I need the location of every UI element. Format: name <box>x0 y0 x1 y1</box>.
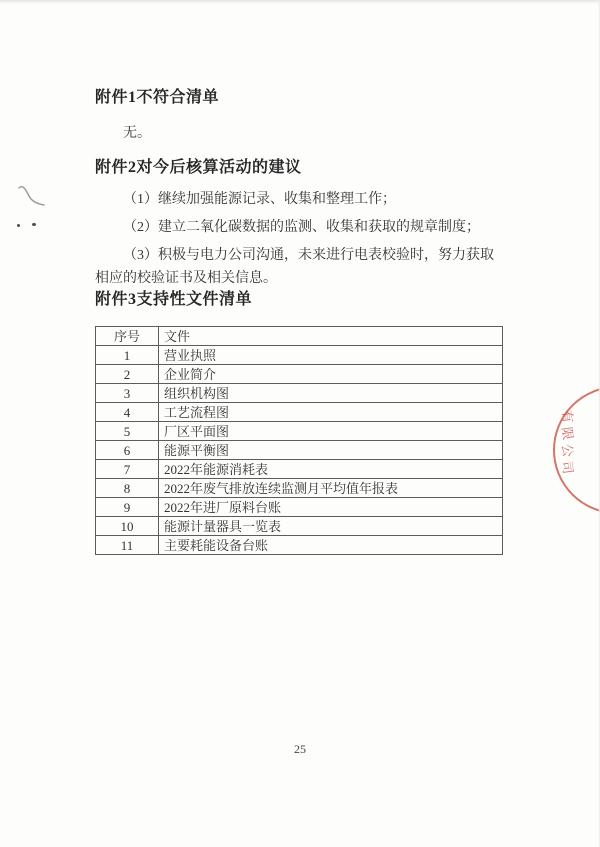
row-index-cell: 11 <box>96 536 159 555</box>
row-file-cell: 工艺流程图 <box>159 403 503 422</box>
row-file-cell: 主要耗能设备台账 <box>159 536 503 555</box>
attachment-3-heading: 附件3支持性文件清单 <box>95 290 505 310</box>
table-header-row: 序号 文件 <box>96 327 503 346</box>
attachment-2-heading: 附件2对今后核算活动的建议 <box>95 158 505 178</box>
table-row: 10能源计量器具一览表 <box>96 517 503 536</box>
column-header-index: 序号 <box>96 327 159 346</box>
document-page: 附件1不符合清单 无。 附件2对今后核算活动的建议 （1）继续加强能源记录、收集… <box>0 0 600 847</box>
table-row: 2企业简介 <box>96 365 503 384</box>
supporting-docs-table: 序号 文件 1营业执照2企业简介3组织机构图4工艺流程图5厂区平面图6能源平衡图… <box>95 326 503 555</box>
row-file-cell: 能源平衡图 <box>159 441 503 460</box>
suggestion-item-1: （1）继续加强能源记录、收集和整理工作； <box>95 188 505 211</box>
column-header-file: 文件 <box>159 327 503 346</box>
row-index-cell: 4 <box>96 403 159 422</box>
table-row: 92022年进厂原料台账 <box>96 498 503 517</box>
row-index-cell: 9 <box>96 498 159 517</box>
table-row: 6能源平衡图 <box>96 441 503 460</box>
row-file-cell: 2022年进厂原料台账 <box>159 498 503 517</box>
red-seal-stamp-text: 有限公司 <box>561 409 574 475</box>
row-index-cell: 8 <box>96 479 159 498</box>
scan-smudge-mark <box>13 184 47 212</box>
row-index-cell: 2 <box>96 365 159 384</box>
row-file-cell: 2022年废气排放连续监测月平均值年报表 <box>159 479 503 498</box>
row-index-cell: 3 <box>96 384 159 403</box>
row-index-cell: 7 <box>96 460 159 479</box>
attachment-1-heading: 附件1不符合清单 <box>95 88 505 108</box>
scan-smudge-dot <box>32 223 36 226</box>
table-row: 1营业执照 <box>96 346 503 365</box>
seal-character: 限 <box>559 426 576 441</box>
table-row: 11主要耗能设备台账 <box>96 536 503 555</box>
suggestion-item-2: （2）建立二氧化碳数据的监测、收集和获取的规章制度； <box>95 216 505 239</box>
attachment-2-body: （1）继续加强能源记录、收集和整理工作； （2）建立二氧化碳数据的监测、收集和获… <box>95 188 505 290</box>
row-index-cell: 10 <box>96 517 159 536</box>
row-file-cell: 厂区平面图 <box>159 422 503 441</box>
seal-character: 司 <box>559 460 576 475</box>
row-file-cell: 企业简介 <box>159 365 503 384</box>
table-row: 82022年废气排放连续监测月平均值年报表 <box>96 479 503 498</box>
row-file-cell: 营业执照 <box>159 346 503 365</box>
row-file-cell: 组织机构图 <box>159 384 503 403</box>
table-row: 72022年能源消耗表 <box>96 460 503 479</box>
attachment-1-body: 无。 <box>95 124 505 144</box>
row-file-cell: 能源计量器具一览表 <box>159 517 503 536</box>
seal-character: 有 <box>559 409 576 424</box>
row-file-cell: 2022年能源消耗表 <box>159 460 503 479</box>
scan-smudge-dot <box>17 224 20 227</box>
table-row: 5厂区平面图 <box>96 422 503 441</box>
table-row: 3组织机构图 <box>96 384 503 403</box>
row-index-cell: 1 <box>96 346 159 365</box>
supporting-docs-table-body: 1营业执照2企业简介3组织机构图4工艺流程图5厂区平面图6能源平衡图72022年… <box>96 346 503 555</box>
row-index-cell: 6 <box>96 441 159 460</box>
seal-character: 公 <box>559 443 576 458</box>
suggestion-item-3: （3）积极与电力公司沟通，未来进行电表校验时，努力获取相应的校验证书及相关信息。 <box>95 244 505 290</box>
page-number: 25 <box>0 742 600 757</box>
red-seal-stamp-arc <box>553 386 600 514</box>
row-index-cell: 5 <box>96 422 159 441</box>
table-row: 4工艺流程图 <box>96 403 503 422</box>
